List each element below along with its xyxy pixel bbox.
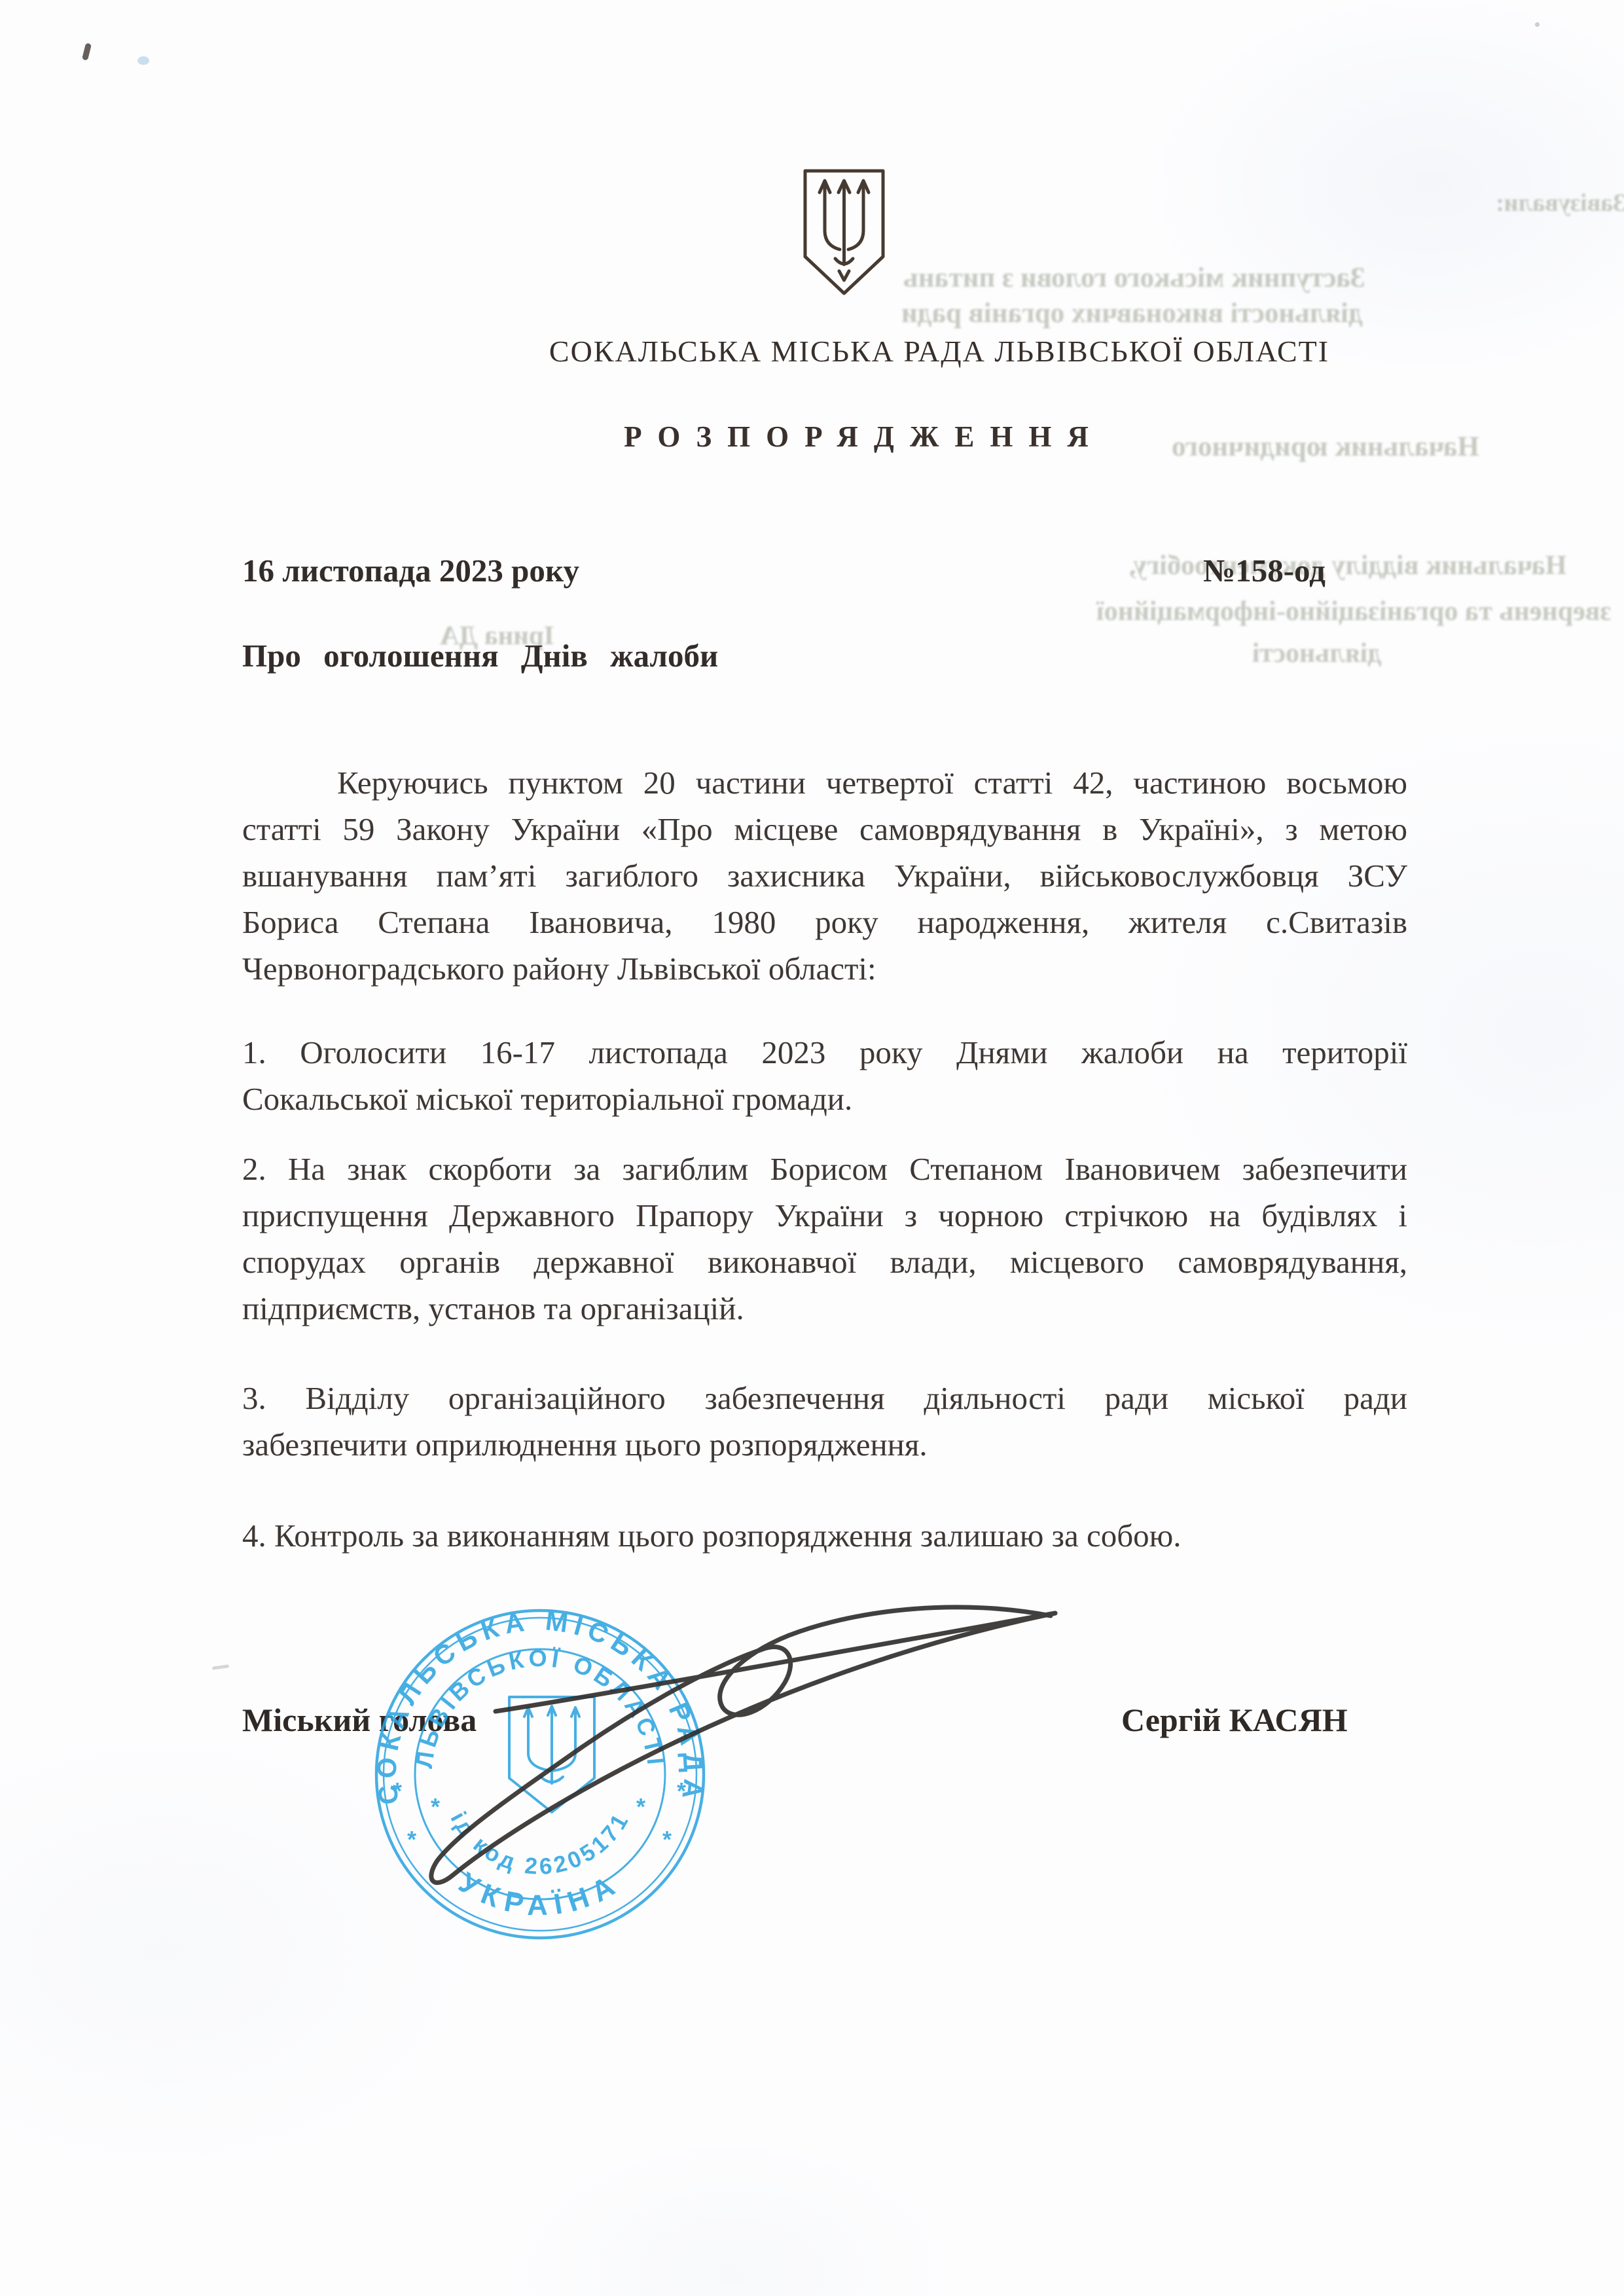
paragraph-line: приспущення Державного Прапору України з… xyxy=(242,1192,1407,1239)
paragraph-line: Бориса Степана Івановича, 1980 року наро… xyxy=(242,899,1407,945)
paragraph-line: Червоноградського району Львівської обла… xyxy=(242,945,1407,992)
document-paragraph: 1. Оголосити 16-17 листопада 2023 року Д… xyxy=(242,1029,1407,1122)
document-paragraph: 4. Контроль за виконанням цього розпоряд… xyxy=(242,1512,1407,1559)
paragraph-line: статті 59 Закону України «Про місцеве са… xyxy=(242,806,1407,852)
paragraph-line: спорудах органів державної виконавчої вл… xyxy=(242,1239,1407,1285)
paragraph-line: 4. Контроль за виконанням цього розпоряд… xyxy=(242,1512,1407,1559)
paragraph-line: 1. Оголосити 16-17 листопада 2023 року Д… xyxy=(242,1029,1407,1076)
document-type-title: РОЗПОРЯДЖЕННЯ xyxy=(609,420,1119,454)
document-scan-page: Завізували: Заступник міського голови з … xyxy=(0,0,1624,2296)
handwritten-signature xyxy=(431,1607,1055,1883)
official-stamp-icon: СОКАЛЬСЬКА МІСЬКА РАДА УКРАЇНА ЛЬВІВСЬКО… xyxy=(371,1605,708,1938)
document-paragraph: 2. На знак скорботи за загиблим Борисом … xyxy=(242,1146,1407,1332)
stamp-separator-star: * xyxy=(431,1793,440,1820)
document-date: 16 листопада 2023 року xyxy=(242,552,579,589)
paragraph-line: підприємств, установ та організацій. xyxy=(242,1285,1407,1332)
stamp-code-text: ід код 26205171 xyxy=(445,1807,634,1880)
blue-smudge-artifact xyxy=(137,56,149,65)
bleedthrough-visa2: Начальник юридичного xyxy=(1172,431,1479,463)
paragraph-line: Сокальської міської територіальної грома… xyxy=(242,1076,1407,1122)
svg-text:ід код 26205171: ід код 26205171 xyxy=(445,1807,634,1880)
dot-artifact xyxy=(1535,22,1540,27)
paragraph-line: забезпечити оприлюднення цього розпорядж… xyxy=(242,1421,1407,1468)
document-body: Керуючись пунктом 20 частини четвертої с… xyxy=(242,759,1407,1559)
pencil-speck-artifact xyxy=(212,1664,229,1670)
signer-name: Сергій КАСЯН xyxy=(1121,1701,1348,1739)
organization-name: СОКАЛЬСЬКА МІСЬКА РАДА ЛЬВІВСЬКОЇ ОБЛАСТ… xyxy=(475,334,1404,369)
stamp-trident-icon xyxy=(509,1697,594,1812)
stamp-separator-star: * xyxy=(407,1826,416,1853)
document-number: №158-од xyxy=(1203,552,1326,589)
bleedthrough-visa3-line2: звернень та організаційно-інформаційної xyxy=(1096,596,1611,627)
bleedthrough-visa1-line1: Заступник міського голови з питань xyxy=(903,262,1365,294)
paragraph-line: 2. На знак скорботи за загиблим Борисом … xyxy=(242,1146,1407,1192)
document-paragraph: 3. Відділу організаційного забезпечення … xyxy=(242,1375,1407,1468)
bleedthrough-visa3-line1: Начальник відділу документообігу, xyxy=(1129,550,1566,581)
stamp-separator-star: * xyxy=(677,1777,686,1804)
signer-position: Міський голова xyxy=(242,1701,477,1739)
bleedthrough-visas-label: Завізували: xyxy=(1496,189,1624,217)
paragraph-line: 3. Відділу організаційного забезпечення … xyxy=(242,1375,1407,1421)
stamp-country-text: УКРАЇНА xyxy=(454,1867,627,1922)
stamp-separator-star: * xyxy=(662,1826,672,1853)
stamp-separator-star: * xyxy=(636,1793,645,1820)
ukraine-trident-icon xyxy=(801,168,888,297)
stamp-separator-star: * xyxy=(393,1777,402,1804)
document-subject: Про оголошення Днів жалоби xyxy=(242,637,718,674)
svg-text:УКРАЇНА: УКРАЇНА xyxy=(454,1867,627,1922)
paragraph-line: вшанування пам’яті загиблого захисника У… xyxy=(242,852,1407,899)
document-paragraph: Керуючись пунктом 20 частини четвертої с… xyxy=(242,759,1407,992)
bleedthrough-visa1-line2: діяльності виконавчих органів ради xyxy=(901,297,1363,329)
paragraph-line: Керуючись пунктом 20 частини четвертої с… xyxy=(242,759,1407,806)
ink-speck-artifact xyxy=(82,43,92,60)
bleedthrough-visa3-line3: діяльності xyxy=(1252,638,1382,669)
